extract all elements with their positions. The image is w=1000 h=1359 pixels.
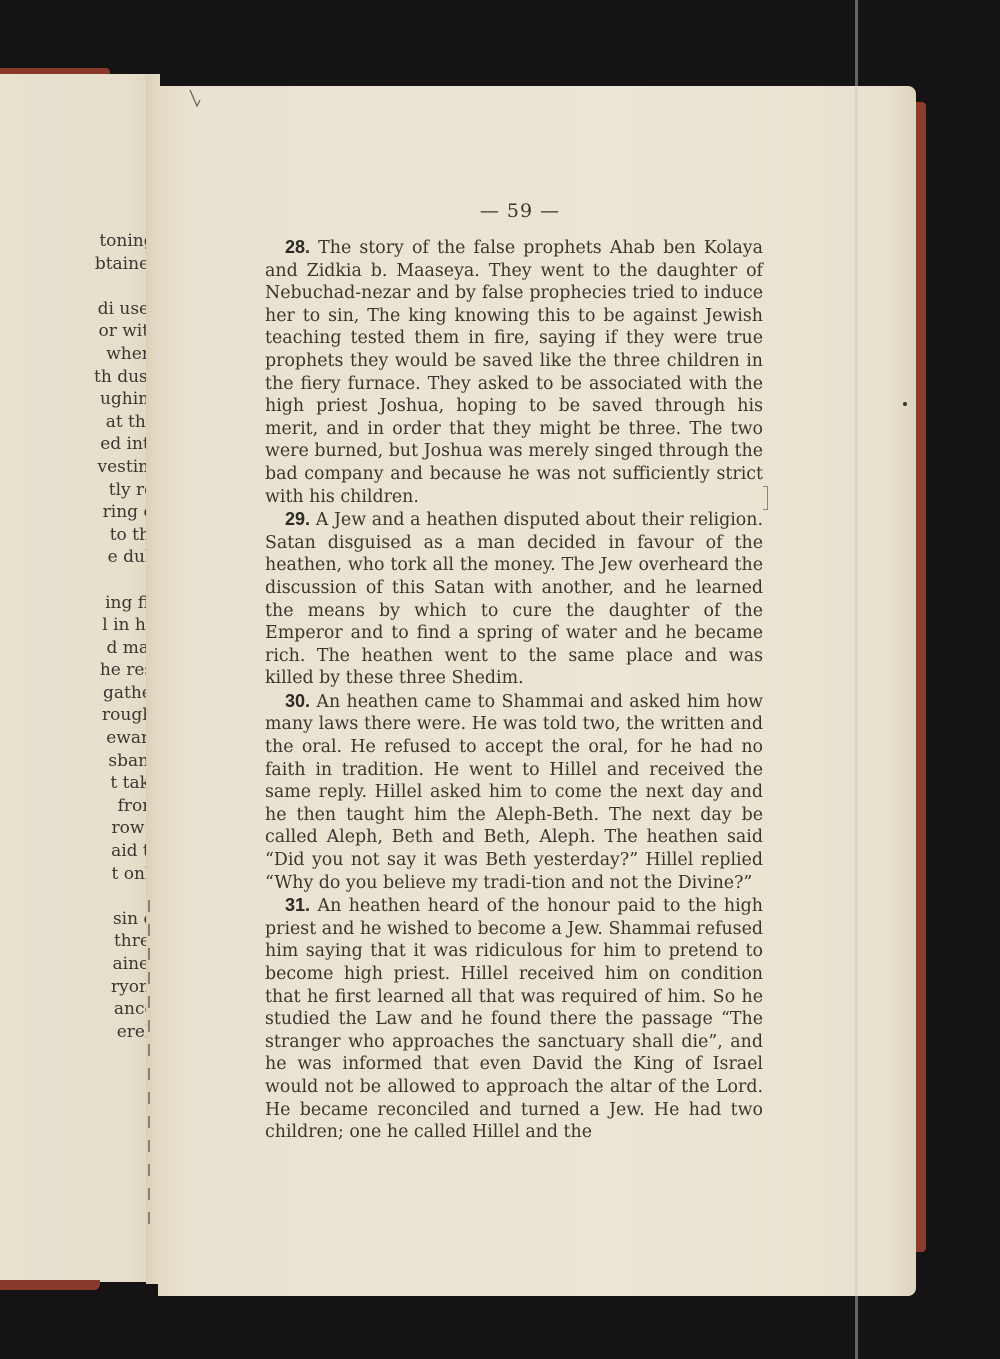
left-page-line: aid to: [0, 840, 160, 863]
left-page-line: vesting: [0, 456, 160, 479]
left-page-line: ained: [0, 953, 160, 976]
left-page-line: d man: [0, 637, 160, 660]
left-page-line: btained: [0, 253, 160, 276]
left-page-line: to the: [0, 524, 160, 547]
left-page-line: di used: [0, 298, 160, 321]
paragraph-text: An heathen heard of the honour paid to t…: [265, 896, 763, 1142]
left-page-line: ed into: [0, 433, 160, 456]
left-page-line: he rest: [0, 659, 160, 682]
left-cover-edge-bottom: [0, 1280, 100, 1290]
left-page-line: sin of: [0, 908, 160, 931]
left-page-line: ance,: [0, 998, 160, 1021]
paragraph-text: An heathen came to Shammai and asked him…: [265, 692, 763, 893]
left-page-line: th dust.: [0, 366, 160, 389]
left-page-line: row a: [0, 817, 160, 840]
page-number: — 59 —: [470, 200, 570, 222]
paper-speck: [903, 402, 907, 406]
left-page-line: ing fig: [0, 592, 160, 615]
paragraph-28: 28. The story of the false prophets Ahab…: [265, 236, 763, 508]
left-page-line: e duly: [0, 546, 160, 569]
paragraph-number: 29.: [285, 509, 310, 529]
page-body: 28. The story of the false prophets Ahab…: [265, 236, 763, 1144]
margin-bracket-mark: [763, 486, 768, 510]
left-page-line: [0, 569, 160, 592]
left-page-line: t only: [0, 863, 160, 886]
left-page-line: t take: [0, 772, 160, 795]
left-page-line: ring of: [0, 501, 160, 524]
left-page-line: at this: [0, 411, 160, 434]
left-page-line: front: [0, 795, 160, 818]
paragraph-number: 28.: [285, 237, 310, 257]
paragraph-31: 31. An heathen heard of the honour paid …: [265, 894, 763, 1144]
left-page-line: rought: [0, 704, 160, 727]
paragraph-text: The story of the false prophets Ahab ben…: [265, 238, 763, 507]
paragraph-number: 31.: [285, 895, 310, 915]
paragraph-number: 30.: [285, 691, 310, 711]
left-page-line: toning,: [0, 230, 160, 253]
paragraph-30: 30. An heathen came to Shammai and asked…: [265, 690, 763, 894]
left-page-line: sband: [0, 750, 160, 773]
paragraph-29: 29. A Jew and a heathen disputed about t…: [265, 508, 763, 690]
left-page-line: eward: [0, 727, 160, 750]
paragraph-text: A Jew and a heathen disputed about their…: [265, 510, 763, 688]
left-page-line: l in his: [0, 614, 160, 637]
left-page-line: or with: [0, 320, 160, 343]
left-page-line: [0, 885, 160, 908]
left-page-line: [0, 275, 160, 298]
left-page-line: ryone: [0, 976, 160, 999]
left-page-text-fragments: toning,btaineddi usedor withwhereth dust…: [0, 230, 160, 1043]
left-page-line: tly re-: [0, 479, 160, 502]
left-page: toning,btaineddi usedor withwhereth dust…: [0, 74, 160, 1282]
binding-stitching: [148, 900, 150, 1230]
left-page-line: ughing: [0, 388, 160, 411]
pencil-mark-icon: [188, 88, 208, 112]
left-page-line: where: [0, 343, 160, 366]
left-page-line: gather: [0, 682, 160, 705]
scan-crease-line: [855, 0, 858, 1359]
left-page-line: three: [0, 930, 160, 953]
left-page-line: erely: [0, 1021, 160, 1044]
